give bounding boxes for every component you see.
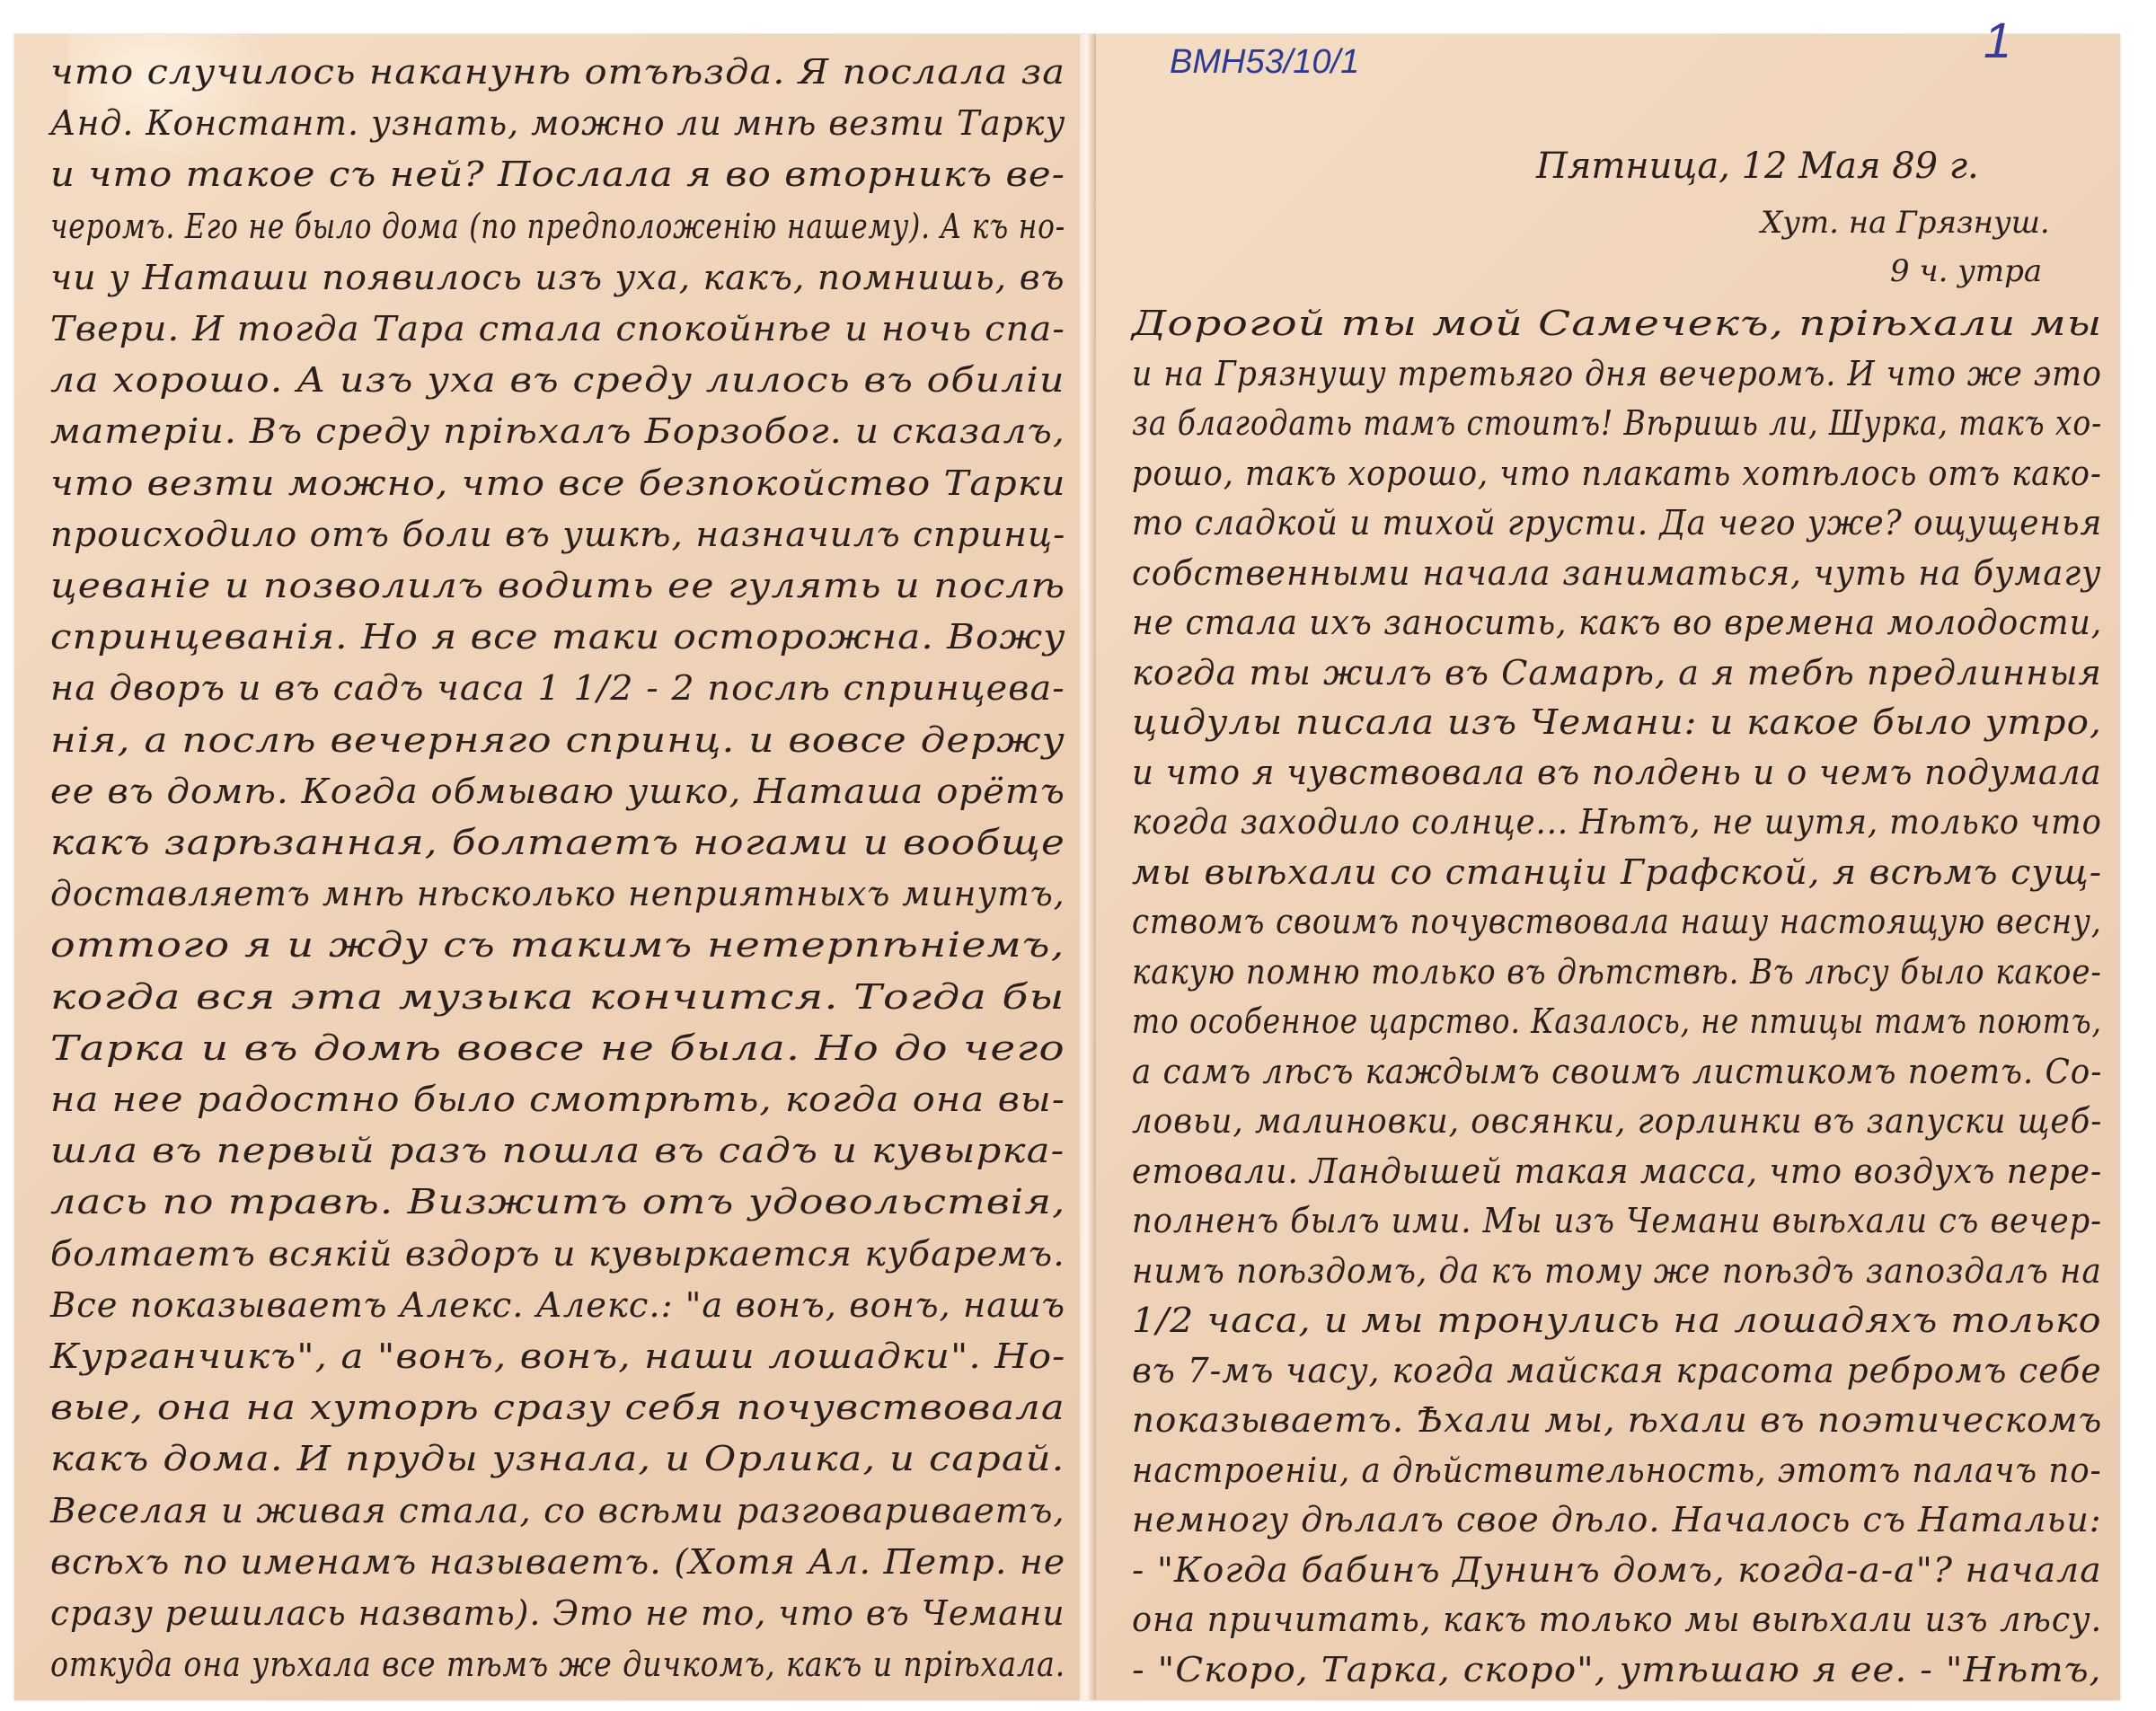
- handwritten-line: - "Скоро, Тарка, скоро", утѣшаю я ее. - …: [1132, 1650, 2102, 1689]
- handwritten-line: 1/2 часа, и мы тронулись на лошадяхъ тол…: [1132, 1301, 2102, 1340]
- handwritten-line: то сладкой и тихой грусти. Да чего уже? …: [1132, 503, 2102, 542]
- handwritten-line: ловьи, малиновки, овсянки, горлинки въ з…: [1132, 1101, 2102, 1141]
- handwritten-line: Веселая и живая стала, со всѣми разговар…: [50, 1491, 1065, 1530]
- handwritten-line: доставляетъ мнѣ нѣсколько неприятныхъ ми…: [50, 874, 1065, 913]
- handwritten-line: мы выѣхали со станціи Графской, я всѣмъ …: [1132, 852, 2102, 892]
- handwritten-line: она причитать, какъ только мы выѣхали из…: [1132, 1600, 2102, 1639]
- handwritten-line: и что я чувствовала въ полдень и о чемъ …: [1132, 753, 2102, 792]
- folio-number: 1: [1984, 11, 2011, 69]
- handwritten-line: матеріи. Въ среду пріѣхалъ Борзобог. и с…: [50, 411, 1065, 451]
- handwritten-line: какъ зарѣзанная, болтаетъ ногами и вообщ…: [50, 823, 1065, 862]
- handwritten-line: собственными начала заниматься, чуть на …: [1132, 553, 2102, 593]
- handwritten-line: етовали. Ландышей такая масса, что возду…: [1132, 1151, 2102, 1191]
- handwritten-line: Все показываетъ Алекс. Алекс.: "а вонъ, …: [50, 1285, 1065, 1325]
- handwritten-line: и что такое съ ней? Послала я во вторник…: [50, 154, 1065, 194]
- handwritten-line: - "Когда бабинъ Дунинъ домъ, когда-а-а"?…: [1132, 1550, 2102, 1590]
- handwritten-line: показываетъ. Ѣхали мы, ѣхали въ поэтичес…: [1132, 1400, 2102, 1440]
- handwritten-line: то особенное царство. Казалось, не птицы…: [1132, 1001, 2102, 1041]
- handwritten-line: сразу решилась назвать). Это не то, что …: [50, 1593, 1065, 1633]
- handwritten-line: за благодать тамъ стоитъ! Вѣришь ли, Шур…: [1132, 403, 2102, 443]
- handwritten-line: настроеніи, а дѣйствительность, этотъ па…: [1132, 1451, 2102, 1490]
- handwritten-line: рошо, такъ хорошо, что плакать хотѣлось …: [1132, 454, 2102, 493]
- handwritten-line: всѣхъ по именамъ называетъ. (Хотя Ал. Пе…: [50, 1542, 1065, 1582]
- handwritten-line: оттого я и жду съ такимъ нетерпѣніемъ,: [50, 925, 1065, 965]
- handwritten-line: чи у Наташи появилось изъ уха, какъ, пом…: [50, 258, 1065, 297]
- handwritten-line: Курганчикъ", а "вонъ, вонъ, наши лошадки…: [50, 1336, 1065, 1376]
- handwritten-line: Дорогой ты мой Самечекъ, пріѣхали мы: [1132, 304, 2103, 343]
- handwritten-line: происходило отъ боли въ ушкѣ, назначилъ …: [50, 515, 1065, 554]
- handwritten-line: ее въ домѣ. Когда обмываю ушко, Наташа о…: [50, 772, 1065, 811]
- letter-sheet: что случилось наканунѣ отъѣзда. Я послал…: [14, 34, 2120, 1700]
- handwritten-line: ствомъ своимъ почувствовала нашу настоящ…: [1132, 902, 2102, 941]
- handwritten-line: на дворъ и въ садъ часа 1 1/2 - 2 послѣ …: [50, 668, 1065, 708]
- handwritten-line: что случилось наканунѣ отъѣзда. Я послал…: [50, 52, 1065, 92]
- handwritten-line: Твери. И тогда Тара стала спокойнѣе и но…: [50, 309, 1065, 348]
- handwritten-line: когда заходило солнце... Нѣтъ, не шутя, …: [1132, 802, 2102, 842]
- left-page-text: что случилось наканунѣ отъѣзда. Я послал…: [14, 34, 1080, 1700]
- handwritten-line: шла въ первый разъ пошла въ садъ и кувыр…: [50, 1131, 1065, 1170]
- handwritten-line: какъ дома. И пруды узнала, и Орлика, и с…: [50, 1439, 1065, 1478]
- handwritten-line: а самъ лѣсъ каждымъ своимъ листикомъ пое…: [1132, 1052, 2102, 1091]
- handwritten-line: Анд. Констант. узнать, можно ли мнѣ везт…: [50, 103, 1065, 143]
- handwritten-line: не стала ихъ заносить, какъ во времена м…: [1132, 603, 2102, 642]
- archive-mark: ВМН53/10/1: [1170, 43, 1359, 82]
- handwritten-line: цидулы писала изъ Чемани: и какое было у…: [1132, 702, 2102, 742]
- handwritten-line: какую помню только въ дѣтствѣ. Въ лѣсу б…: [1132, 952, 2102, 992]
- handwritten-line: нія, а послѣ вечерняго спринц. и вовсе д…: [50, 720, 1065, 760]
- date-line: Пятница, 12 Мая 89 г.: [1536, 146, 1979, 187]
- handwritten-line: болтаетъ всякій вздоръ и кувыркается куб…: [50, 1234, 1065, 1274]
- handwritten-line: вые, она на хуторѣ сразу себя почувствов…: [50, 1388, 1065, 1427]
- handwritten-line: спринцеванія. Но я все таки осторожна. В…: [50, 617, 1065, 657]
- handwritten-line: ла хорошо. А изъ уха въ среду лилось въ …: [50, 360, 1065, 400]
- handwritten-line: цеваніе и позволилъ водить ее гулять и п…: [50, 566, 1065, 605]
- handwritten-line: полненъ былъ ими. Мы изъ Чемани выѣхали …: [1132, 1201, 2102, 1240]
- page-fold: [1080, 34, 1096, 1700]
- handwritten-line: когда ты жилъ въ Самарѣ, а я тебѣ предли…: [1132, 653, 2102, 692]
- handwritten-line: черомъ. Его не было дома (по предположен…: [50, 207, 1065, 246]
- time-line: 9 ч. утра: [1890, 253, 2042, 289]
- handwritten-line: когда вся эта музыка кончится. Тогда бы: [50, 977, 1065, 1017]
- handwritten-line: лась по травѣ. Визжитъ отъ удовольствія,: [50, 1182, 1065, 1222]
- handwritten-line: откуда она уѣхала все тѣмъ же дичкомъ, к…: [50, 1645, 1065, 1684]
- handwritten-line: въ 7-мъ часу, когда майская красота ребр…: [1132, 1351, 2102, 1390]
- handwritten-line: на нее радостно было смотрѣть, когда она…: [50, 1080, 1065, 1119]
- place-line: Хут. на Грязнуш.: [1761, 205, 2050, 241]
- handwritten-line: Тарка и въ домѣ вовсе не была. Но до чег…: [50, 1028, 1065, 1068]
- left-page: что случилось наканунѣ отъѣзда. Я послал…: [14, 34, 1080, 1700]
- handwritten-line: нимъ поѣздомъ, да къ тому же поѣздъ запо…: [1132, 1251, 2102, 1291]
- handwritten-line: немногу дѣлалъ свое дѣло. Началось съ На…: [1132, 1500, 2102, 1539]
- handwritten-line: и на Грязнушу третьяго дня вечеромъ. И ч…: [1132, 354, 2102, 393]
- handwritten-line: что везти можно, что все безпокойство Та…: [50, 463, 1066, 503]
